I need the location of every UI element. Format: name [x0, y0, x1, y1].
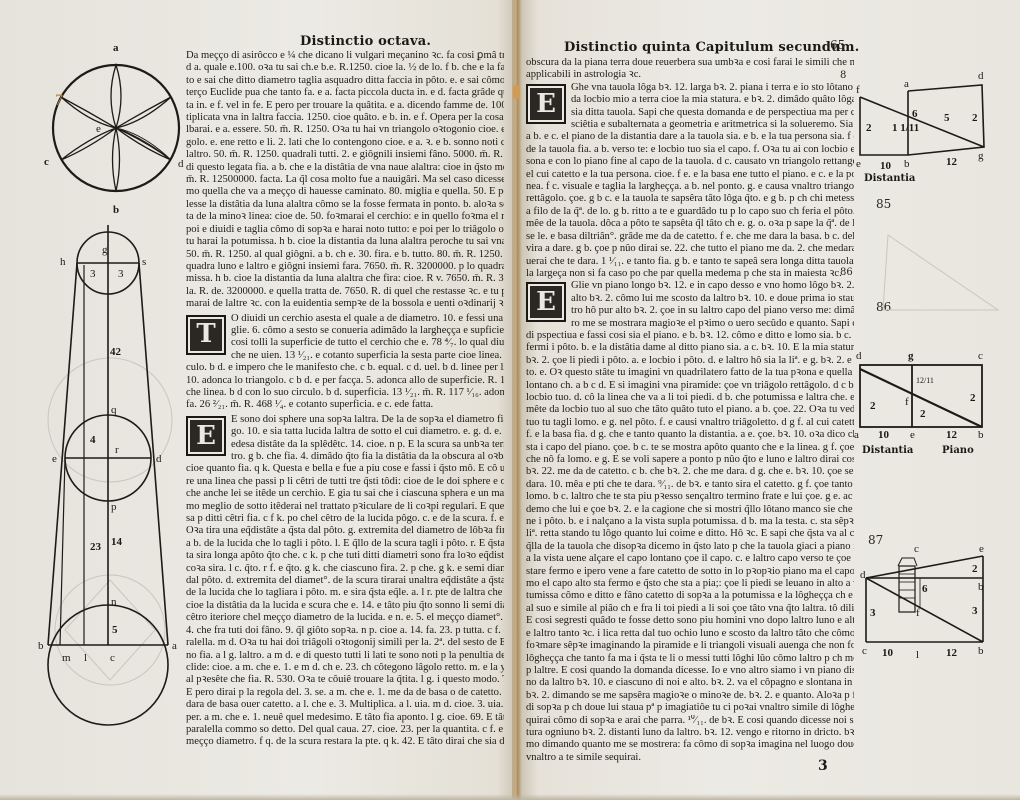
label-p: p — [111, 501, 117, 513]
text-line: mêe de la tauola. dôca a pôto te sapsêta… — [526, 218, 854, 230]
text-line: locbio tuo. d. cô la linea che va a li t… — [526, 392, 854, 404]
label-a: a — [854, 429, 859, 441]
text-line: golo. e. ene retto e li. 2. lati che lo … — [186, 137, 504, 149]
text-line: di questo legata fia. a b. che e la dist… — [186, 162, 504, 174]
left-text-column: Da meçço di asirôcco e ¼ che dicano li v… — [186, 50, 504, 749]
rectangle-diagram-icon: d g c 2 f 12/11 2 2 a 10 e 12 b — [850, 345, 1000, 440]
label-e: e — [52, 453, 57, 465]
label-14: 14 — [111, 536, 123, 548]
text-line: uerai che te dara. 1 ¹⁄₁₁. e tanto fia. … — [526, 256, 854, 268]
text-line: di sopꝛa p ch doue lui staua pª p imagia… — [526, 702, 854, 714]
decorated-initial: E — [186, 416, 226, 456]
text-line: applicabili in astrologia ꝛc. — [526, 69, 854, 81]
label-2: 2 — [972, 563, 978, 575]
label-c: c — [110, 652, 115, 664]
text-line: tu harai la potumissa. h b. cioe la dist… — [186, 236, 504, 248]
label-f: f — [916, 607, 920, 619]
spine-stain — [513, 85, 520, 99]
label-3: 3 — [870, 607, 876, 619]
perspective-diagram-icon: e c d 2 6 b 3 f 3 c 10 l 12 b — [848, 548, 998, 668]
text-line: coꝛa sira. l c. q̃to. r f. e q̃to. g k. … — [186, 563, 504, 575]
text-line: f. e la basa fia. d g. che e tanto quant… — [526, 429, 854, 441]
signature-mark: 3 — [818, 758, 828, 774]
text-line: paralella commo so detto. Del qual caua.… — [186, 724, 504, 736]
label-c: c — [978, 350, 983, 362]
text-line: E pero dirai p la regola del. 3. se. a m… — [186, 687, 504, 699]
left-page: a b c d e 7 — [0, 0, 518, 800]
text-line: e laltro tanto ꝛc. i lica retta dal tuo … — [526, 628, 854, 640]
text-line: ne i pôto. b. e i nalçano a la vista sup… — [526, 516, 854, 528]
triangle-diagram-icon: f a d 6 5 2 2 1 1/11 e 10 b 12 g — [848, 55, 988, 175]
text-line: sciêtia e subalternata a geometria e ari… — [571, 119, 854, 131]
label-b: b — [978, 429, 984, 441]
text-line: sta i capo del piano. çoe. b c. te se mo… — [526, 442, 854, 454]
text-line: no fia. a l g. laltro. a m d. e di quest… — [186, 650, 504, 662]
text-line: ralella. m d. Oꝛa tu hai doi triâgoli oꝛ… — [186, 637, 504, 649]
marginal-number: 8 — [840, 70, 846, 81]
text-line: E sono doi sphere una sopꝛa laltra. De l… — [231, 414, 504, 426]
text-line: ta in. e f. vel in fe. E pero per trouar… — [186, 100, 504, 112]
label-r: r — [115, 444, 119, 456]
text-line: lomo. b c. laltro che te sta piu pꝛesso … — [526, 491, 854, 503]
text-line: ta de la minoꝛ linea: cioe de. 50. foꝛma… — [186, 211, 504, 223]
text-line: cêtro iteriore chel meçço diametro de la… — [186, 612, 504, 624]
text-line: alto bꝛ. 2. cômo lui me scosto da laltro… — [571, 293, 854, 305]
label-h: h — [60, 256, 66, 268]
left-paragraph-3: EE sono doi sphere una sopꝛa laltra. De … — [186, 414, 504, 749]
right-text-column: obscura da la piana terra doue reuerbera… — [526, 57, 854, 764]
text-line: per. a m. che e. 1. neuê quel medesimo. … — [186, 712, 504, 724]
label-d: d — [978, 70, 984, 82]
text-line: che linea. b d con lo suo circulo. b d. … — [186, 387, 504, 399]
text-line: 4. che fra tuti doi fâno. 9. q̃l giôto s… — [186, 625, 504, 637]
text-line: dara. 10. mêa e pti che te dara. ⁹⁄₁₁. d… — [526, 479, 854, 491]
label-c: c — [44, 156, 49, 168]
rosette-figure: a b c d e 7 — [30, 35, 210, 229]
label-g: g — [908, 350, 914, 362]
label-d: d — [860, 569, 866, 581]
label-n: n — [111, 596, 117, 608]
text-line: lbarai. e a. essere. 50. m̄. R. 1250. Oꝛ… — [186, 124, 504, 136]
text-line: Ghe vna tauola lôga bꝛ. 12. larga bꝛ. 2.… — [571, 82, 854, 94]
label-q: q — [111, 404, 117, 416]
text-line: ro me se mostrara magioꝛe el pꝛimo o uer… — [571, 318, 854, 330]
label-2b: 2 — [866, 122, 872, 134]
text-line: sona e con lo piano fine al capo de la t… — [526, 156, 854, 168]
figure-number-85: 85 — [876, 197, 891, 211]
text-line: foꝛmare sêpꝛe imaginando la piramide e l… — [526, 640, 854, 652]
book-spread: a b c d e 7 — [0, 0, 1020, 800]
text-line: 10. adonca lo triangolo. c b d. e per fa… — [186, 375, 504, 387]
text-line: bꝛ. 2. çoe li piedi i pôto. a. e locbio … — [526, 355, 854, 367]
handwritten-mark: 7 — [55, 92, 63, 109]
label-a: a — [904, 78, 909, 90]
text-line: d a. quale e.100. oꝛa tu sai ch.e b.e. R… — [186, 62, 504, 74]
figure-86: d g c 2 f 12/11 2 2 a 10 e 12 b Distanti… — [850, 345, 1000, 444]
text-line: Da meçço di asirôcco e ¼ che dicano li v… — [186, 50, 504, 62]
figure-85: f a d 6 5 2 2 1 1/11 e 10 b 12 g Distant… — [848, 55, 988, 179]
text-line: lontano ch. a b c d. E si imagini vna pi… — [526, 380, 854, 392]
label-d: d — [856, 350, 862, 362]
label-a: a — [113, 42, 119, 54]
text-line: da locbio mio a terra cioe la mia statur… — [571, 94, 854, 106]
text-line: se le. e basa diltriân°. grâde me da de … — [526, 231, 854, 243]
text-line: ta sira longa apôto q̃to che. c k. p che… — [186, 550, 504, 562]
text-line: cioe la distâtia da la lucida e scura ch… — [186, 600, 504, 612]
label-c: c — [914, 543, 919, 555]
show-through-ghost — [878, 230, 1008, 320]
right-paragraph-3: EGlie vn piano longo bꝛ. 12. e in capo d… — [526, 280, 854, 764]
text-line: che nô fa lomo. e g. E se voli sapere a … — [526, 454, 854, 466]
text-line: cosi tolli la superficie de tutto el cer… — [231, 337, 504, 349]
label-e: e — [910, 429, 915, 441]
text-line: bꝛ. 22. me da de catetto. c b. che bꝛ. 2… — [526, 466, 854, 478]
text-line: no da laltro bꝛ. 10. e ciascuno di noi e… — [526, 677, 854, 689]
text-line: obscura da la piana terra doue reuerbera… — [526, 57, 854, 69]
decorated-initial: T — [186, 315, 226, 355]
text-line: tuo tu tagli lomo. e g. nel pôto. f. e c… — [526, 417, 854, 429]
label-l: l — [84, 652, 87, 664]
text-line: sia ditta tauola. Sapi che questa domand… — [571, 107, 854, 119]
text-line: 50. m̄. R. 1250. al qual giôgni. a b. ch… — [186, 249, 504, 261]
label-b: b — [38, 640, 44, 652]
label-6: 6 — [912, 108, 918, 120]
text-line: a la vista uene alçare el capo lontano ç… — [526, 553, 854, 565]
text-line: Glie vn piano longo bꝛ. 12. e in capo de… — [571, 280, 854, 292]
label-2c: 2 — [970, 392, 976, 404]
label-c2: c — [862, 645, 867, 657]
label-5: 5 — [112, 624, 118, 636]
left-paragraph-1: Da meçço di asirôcco e ¼ che dicano li v… — [186, 50, 504, 311]
label-3b: 3 — [972, 605, 978, 617]
text-line: bꝛ. 2. dimando se me sapsêra magioꝛe o m… — [526, 690, 854, 702]
label-b: b — [113, 204, 119, 216]
label-l: l — [916, 649, 919, 661]
label-12: 12 — [946, 156, 958, 168]
text-line: rettâgolo. çoe. g b c. e la tauola te sa… — [526, 193, 854, 205]
label-3a: 3 — [90, 268, 96, 280]
text-line: fermi i pôto. b. e la distâtia dame al d… — [526, 342, 854, 354]
text-line: E cosi segresti quâdo te fosse detto son… — [526, 615, 854, 627]
spheres-figure: g h s 3 3 42 q 4 r e d p 23 14 n 5 b a m… — [38, 225, 178, 774]
right-paragraph-1: obscura da la piana terra doue reuerbera… — [526, 57, 854, 82]
text-line: mo quella che va a meçço di hauesse cami… — [186, 186, 504, 198]
label-10: 10 — [878, 429, 890, 441]
text-line: di pspectiua e fassi cosi sia el piano. … — [526, 330, 854, 342]
text-line: liª. retta stando tu lôgo quanto lui coi… — [526, 528, 854, 540]
label-d: d — [156, 453, 162, 465]
label-12: 12 — [946, 647, 958, 659]
text-line: mo el capo alto sta fermo e q̃sto che st… — [526, 578, 854, 590]
text-line: culo. b d. e impero che le manifesto che… — [186, 362, 504, 374]
text-line: tumissa cômo e ditto e fâno catetto di s… — [526, 590, 854, 602]
text-line: terço Euclide pua che tanto fa. e a. fac… — [186, 87, 504, 99]
figure-87: e c d 2 6 b 3 f 3 c 10 l 12 b — [848, 548, 998, 672]
label-e: e — [856, 158, 861, 170]
text-line: mo meglio de sotto itêderai nel trattato… — [186, 501, 504, 513]
text-line: la. R. de. 3200000. e quella tratta de. … — [186, 286, 504, 298]
text-line: quadra luno e laltro e giôgni insiemi fa… — [186, 261, 504, 273]
label-g: g — [978, 150, 984, 162]
spheres-diagram-icon: g h s 3 3 42 q 4 r e d p 23 14 n 5 b a m… — [38, 225, 178, 770]
text-line: laltro. 50. m̄. R. 1250. quadrali tutti.… — [186, 149, 504, 161]
figure-caption: Distantia — [864, 173, 915, 184]
label-e: e — [979, 543, 984, 555]
marginal-number: 86 — [840, 267, 853, 278]
text-line: lesse la distâtia da luna alaltra cômo s… — [186, 199, 504, 211]
decorated-initial: E — [526, 282, 566, 322]
text-line: che anche lei se itêde un cerchio. E gia… — [186, 488, 504, 500]
text-line: missa. h b. cioe la distantia da luna al… — [186, 273, 504, 285]
text-line: vnaltro a te simile sequirai. — [526, 752, 854, 764]
text-line: de la lucida che lo tagliara i pôto. m. … — [186, 587, 504, 599]
text-line: a b. de la lucida che lo tagli i pôto. l… — [186, 538, 504, 550]
text-line: a b. e c. el piano de la distantia dare … — [526, 131, 854, 143]
text-line: stare fermo e ipero vene a fare catetto … — [526, 566, 854, 578]
right-page: Distinctio quinta Capitulum secundum. 65… — [518, 0, 1020, 800]
text-line: el cui catetto e la tua persona. cioe. f… — [526, 169, 854, 181]
label-g: g — [102, 244, 108, 256]
label-5: 5 — [944, 112, 950, 124]
text-line: quirai cômo di sopꝛa e arai che parra. ¹… — [526, 715, 854, 727]
text-line: mo dimando quanto me se mostrera: fa côm… — [526, 739, 854, 751]
figure-caption-piano: Piano — [942, 445, 974, 456]
text-line: al suo e simile al piâo ch e fra li toi … — [526, 603, 854, 615]
label-42: 42 — [110, 346, 122, 358]
text-line: marai de laltre ꝛc. con la euidentia sem… — [186, 298, 504, 310]
rosette-diagram-icon: a b c d e 7 — [30, 35, 210, 225]
text-line: dara de basa ouer catetto. a l. che e. 3… — [186, 699, 504, 711]
left-page-header: Distinctio octava. — [300, 34, 431, 49]
label-b2: b — [978, 645, 984, 657]
label-2: 2 — [870, 400, 876, 412]
text-line: p laltre. E cosi quando la domanda dices… — [526, 665, 854, 677]
text-line: tro. g b. che fia. 4. dimâdo q̃to fia la… — [231, 451, 504, 463]
label-b: b — [978, 581, 984, 593]
text-line: meçço diametro. f q. de la scura restara… — [186, 736, 504, 748]
label-4: 4 — [90, 434, 96, 446]
decorated-initial: E — [526, 84, 566, 124]
label-a: a — [172, 640, 177, 652]
text-line: q̃lla de la tauola che disopꝛa dicemo in… — [526, 541, 854, 553]
label-s: s — [142, 256, 146, 268]
text-line: tura ogniuno bꝛ. 2. distanti luno da lal… — [526, 727, 854, 739]
folio-number: 65 — [830, 38, 845, 52]
text-line: cioe quanto fia. q k. Questa e bella e f… — [186, 463, 504, 475]
text-line: glie. 6. cômo a sesto se conueria adimâd… — [231, 325, 504, 337]
text-line: m̄. R. 12500000. facta. La q̃l cosa molt… — [186, 174, 504, 186]
label-m: m — [62, 652, 71, 664]
label-d: d — [178, 158, 184, 170]
text-line: re una linea che passi p li cêtri de tut… — [186, 476, 504, 488]
text-line: to. e. Oꝛ questo stâte tu imagini vn qua… — [526, 367, 854, 379]
text-line: sa p ditti cêtri fia. c f k. po chel cêt… — [186, 513, 504, 525]
label-12-11: 12/11 — [916, 376, 934, 385]
text-line: Oꝛa tira una eq̃distâte a q̃sta dal pôto… — [186, 525, 504, 537]
text-line: a filo de la q̃ª. de lo. g b. ritto a te… — [526, 206, 854, 218]
label-f: f — [905, 396, 909, 408]
text-line: che ne uien. 13 ¹⁄₂₁. e cotanto superfic… — [231, 350, 504, 362]
label-e: e — [96, 123, 101, 135]
text-line: poi e diuidi e taglia cômo di sopꝛa e ha… — [186, 224, 504, 236]
right-page-header: Distinctio quinta Capitulum secundum. — [564, 40, 859, 55]
text-line: lôgheçça che tanto fa ma i q̃sta te li o… — [526, 653, 854, 665]
label-10: 10 — [882, 647, 894, 659]
label-f: f — [856, 84, 860, 96]
text-line: tro hô pur alto bꝛ. 2. çoe in su laltro … — [571, 305, 854, 317]
text-line: fa. 26 ²⁄₂₁. m̄. R. 468 ¹⁄₄. e cotanto s… — [186, 399, 504, 411]
book-gutter — [512, 0, 522, 800]
figure-caption-distantia: Distantia — [862, 445, 913, 456]
label-1-1-11: 1 1/11 — [892, 122, 919, 134]
text-line: mête da locbio tuo al suo che tâto quâto… — [526, 404, 854, 416]
text-line: to e sai che ditto diametro taglia asqua… — [186, 75, 504, 87]
text-line: la largeça non si fa caso po che par que… — [526, 268, 854, 280]
label-b: b — [904, 158, 910, 170]
label-2b: 2 — [920, 408, 926, 420]
right-paragraph-2: EGhe vna tauola lôga bꝛ. 12. larga bꝛ. 2… — [526, 82, 854, 281]
text-line: de la tauola fia. a b. verso te: e locbi… — [526, 144, 854, 156]
page-edge-shadow — [0, 794, 1020, 800]
text-line: edesa distâte da la splêdêtc. 14. cioe. … — [231, 439, 504, 451]
text-line: go. 10. e sia tatta lucida laltra de sot… — [231, 426, 504, 438]
text-line: vira a dare. g b. çoe p nûo dirai se. 22… — [526, 243, 854, 255]
label-12: 12 — [946, 429, 958, 441]
text-line: demo che lui e çoe bꝛ. 2. e la cagione c… — [526, 504, 854, 516]
label-23: 23 — [90, 541, 102, 553]
label-6: 6 — [922, 583, 928, 595]
text-line: al pꝛesête che fia. R. 530. Oꝛa te côuiê… — [186, 674, 504, 686]
label-10: 10 — [880, 160, 892, 172]
text-line: nea. f c. visuale e taglia la largheçça.… — [526, 181, 854, 193]
text-line: dal pôto. d. extremita del diamet°. de l… — [186, 575, 504, 587]
text-line: tiplicata vna in laltra faccia. 1250. ci… — [186, 112, 504, 124]
left-paragraph-2: TO diuidi un cerchio asesta el quale a d… — [186, 313, 504, 412]
text-line: clide: cioe. a m. che e. 1. e m d. ch e.… — [186, 662, 504, 674]
text-line: O diuidi un cerchio asesta el quale a de… — [231, 313, 504, 325]
figure-number-87: 87 — [868, 533, 883, 547]
label-3b: 3 — [118, 268, 124, 280]
label-2: 2 — [972, 112, 978, 124]
